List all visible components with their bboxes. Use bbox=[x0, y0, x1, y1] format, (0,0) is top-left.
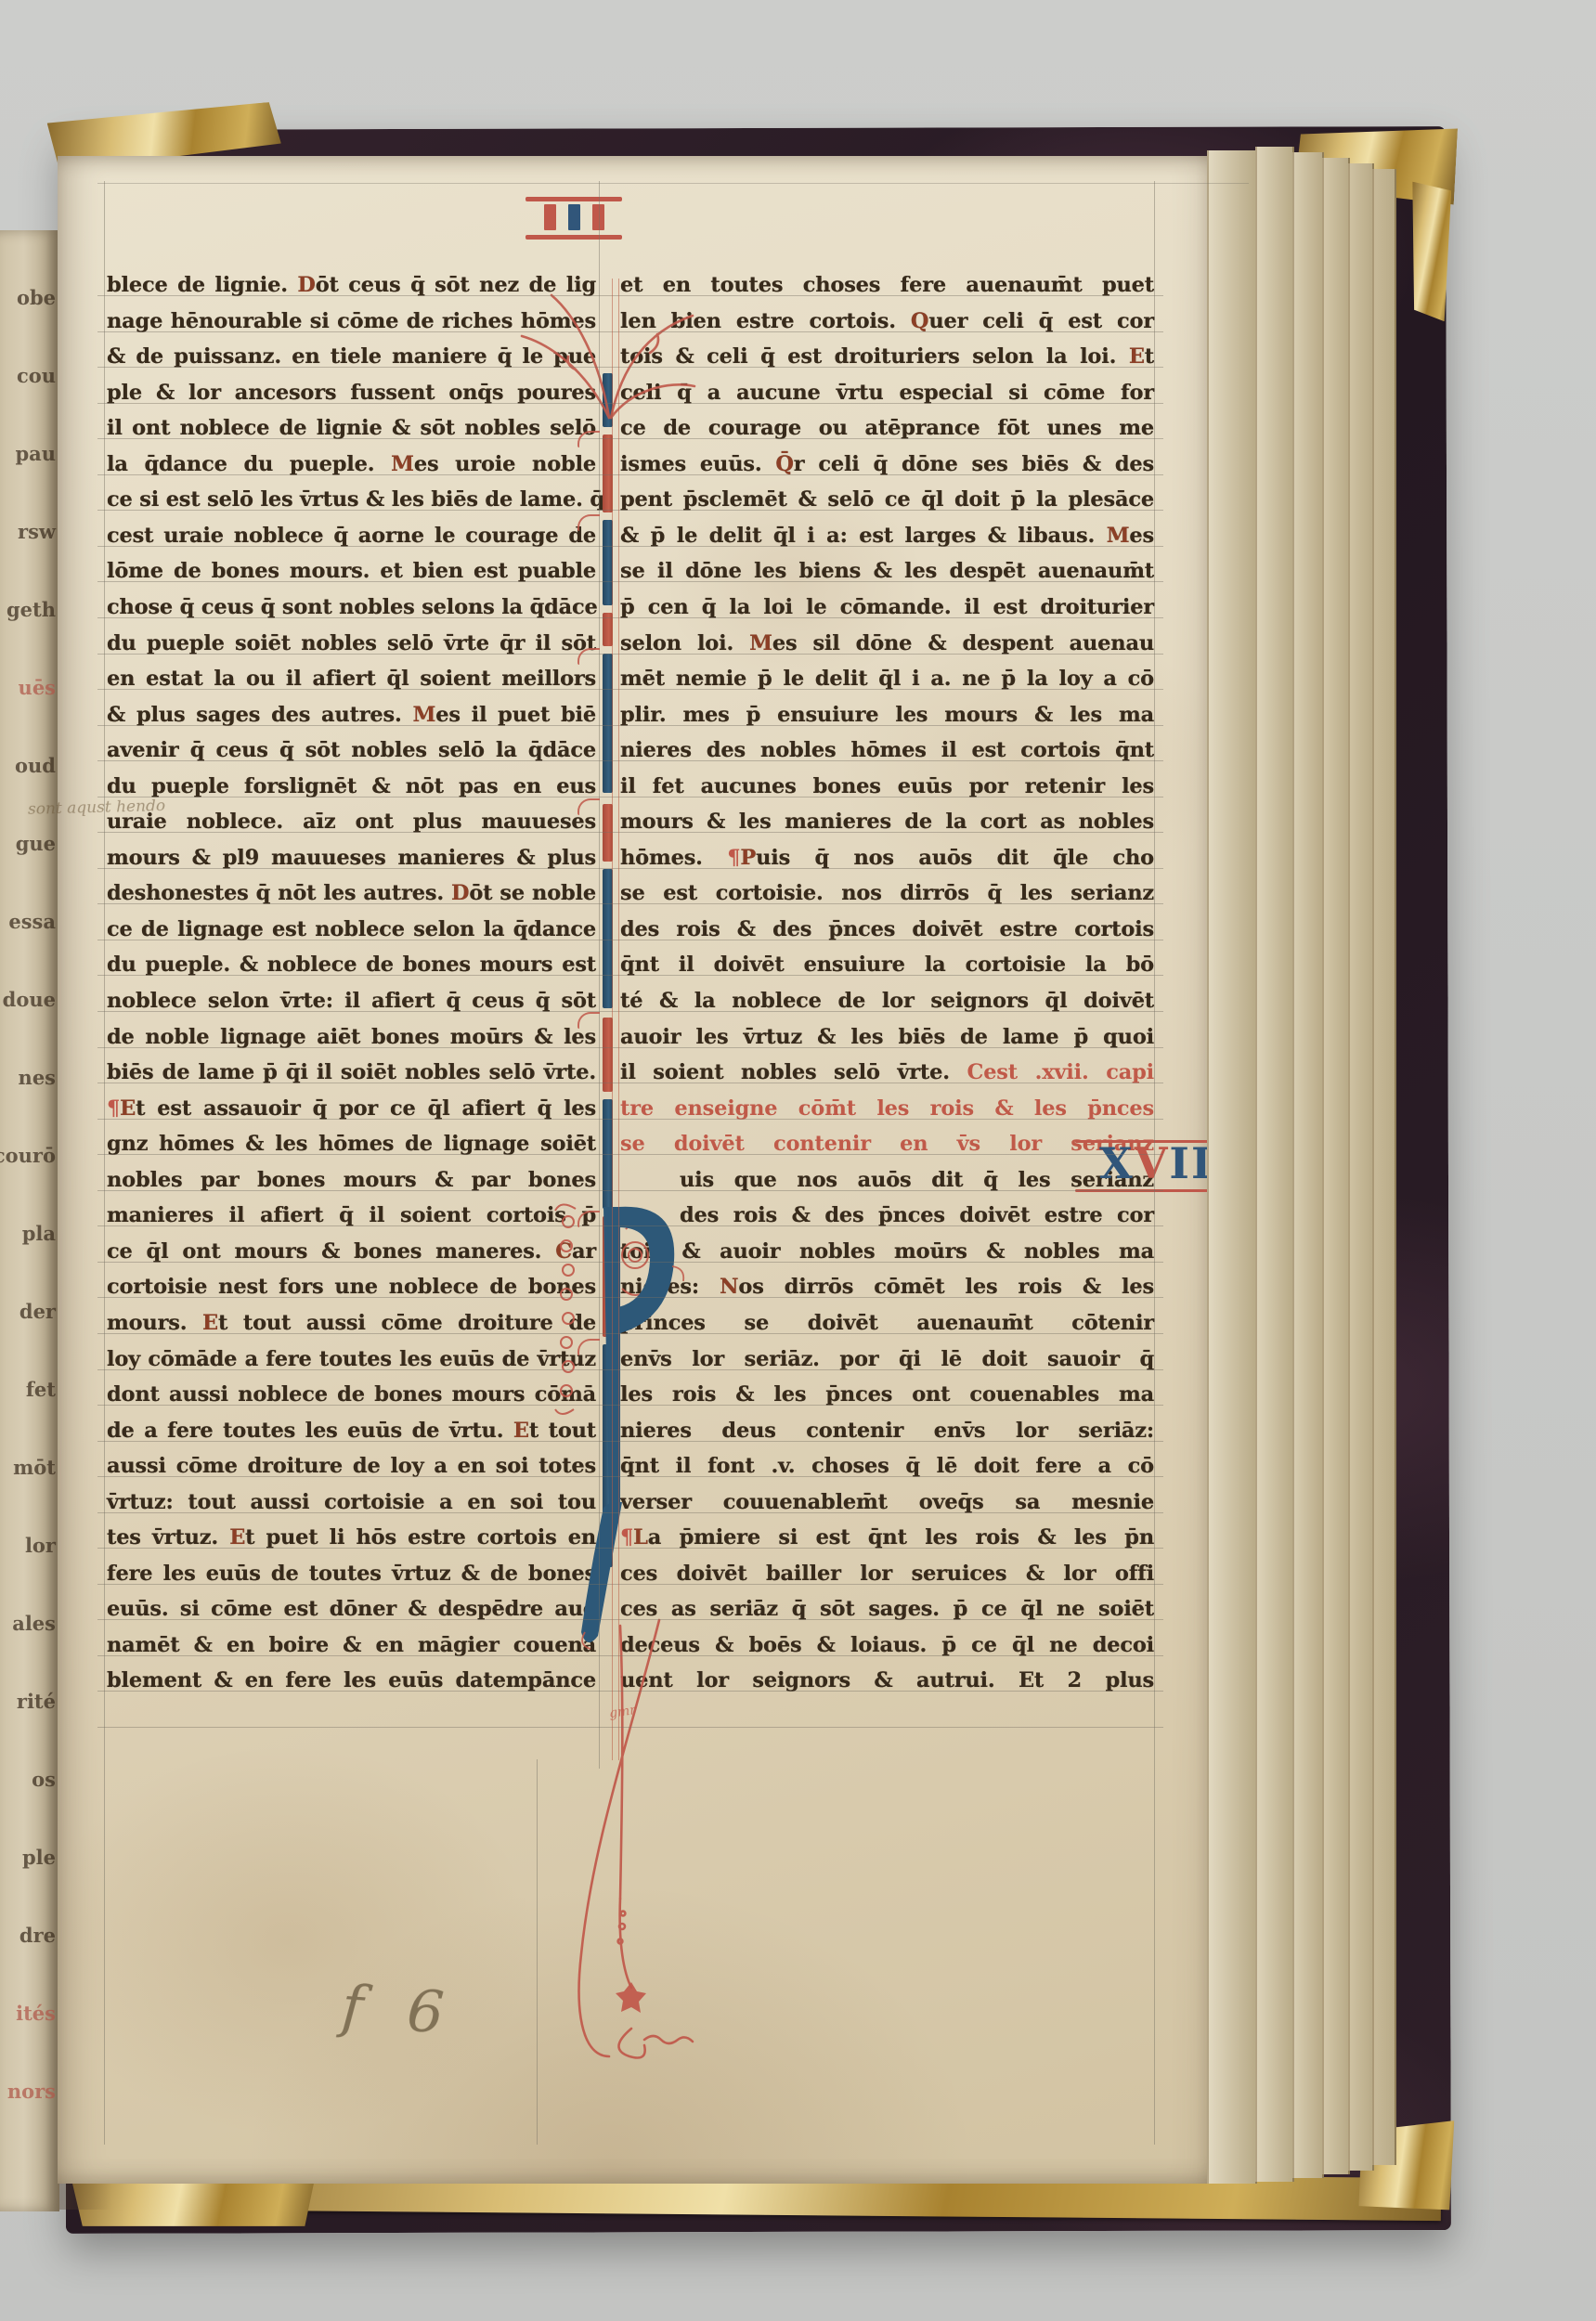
ruled-line-h bbox=[97, 1727, 1163, 1728]
text-line: uraie noblece. aīz ont plus mauueses bbox=[107, 810, 596, 834]
body-text: deshonestes q̄ nōt les autres. bbox=[107, 881, 451, 905]
body-text: du pueple. & noblece de bones mours est bbox=[107, 953, 596, 977]
ruled-line-h bbox=[97, 1297, 1163, 1298]
body-text: auoir les v̄rtuz & les biēs de lame p̄ q… bbox=[620, 1025, 1154, 1049]
decorated-initial-P bbox=[553, 1196, 680, 1660]
penwork-curl-icon bbox=[577, 1339, 600, 1355]
ruled-line-h bbox=[97, 1154, 1163, 1155]
touched-capital: E bbox=[202, 1311, 218, 1335]
body-text: ces doivēt bailler lor seruices & lor of… bbox=[620, 1562, 1154, 1586]
text-line: nieres: Nos dirrōs cōmēt les rois & les bbox=[620, 1275, 1154, 1299]
text-line: ces doivēt bailler lor seruices & lor of… bbox=[620, 1562, 1154, 1586]
ruled-line-h bbox=[97, 1119, 1163, 1120]
body-text: de a fere toutes les euūs de v̄rtu. bbox=[107, 1419, 513, 1443]
body-text: selon loi. bbox=[620, 631, 749, 655]
rubric-text: Cest .xvii. capi bbox=[967, 1060, 1154, 1084]
facing-page-text-fragment: courō bbox=[0, 1144, 56, 1167]
text-line: deshonestes q̄ nōt les autres. Dōt se no… bbox=[107, 881, 596, 905]
body-text: ce de lignage est noblece selon la q̄dan… bbox=[107, 917, 596, 941]
penwork-curl-icon bbox=[577, 1012, 600, 1029]
penwork-curl-icon bbox=[577, 798, 600, 815]
text-line: ¶Et est assauoir q̄ por ce q̄l afiert q̄… bbox=[107, 1096, 596, 1121]
leaf-edge-4 bbox=[1348, 163, 1374, 2171]
body-text: mēt nemie p̄ le delit q̄l i a. ne p̄ la … bbox=[620, 667, 1154, 691]
text-line: ces as seriāz q̄ sōt sages. p̄ ce q̄l ne… bbox=[620, 1597, 1154, 1621]
text-line: cest uraie noblece q̄ aorne le courage d… bbox=[107, 524, 596, 548]
ruled-line-h bbox=[97, 331, 1163, 332]
body-text: os dirrōs cōmēt les rois & les bbox=[738, 1275, 1154, 1299]
text-line: chose q̄ ceus q̄ sont nobles selons la q… bbox=[107, 595, 596, 619]
ruled-line-h bbox=[97, 474, 1163, 475]
head-chapter-numeral bbox=[531, 197, 620, 240]
ruled-line-h bbox=[97, 1262, 1163, 1263]
text-line: q̄nt il doivēt ensuiure la cortoisie la … bbox=[620, 953, 1154, 977]
text-line: aussi cōme droiture de loy a en soi tote… bbox=[107, 1454, 596, 1478]
ruled-line-h bbox=[97, 760, 1163, 761]
body-text: du pueple forslignēt & nōt pas en eus bbox=[107, 774, 596, 798]
body-text: des rois & des p̄nces doivēt estre cor bbox=[680, 1203, 1154, 1227]
ruled-line-h bbox=[97, 1441, 1163, 1442]
text-line: du pueple. & noblece de bones mours est bbox=[107, 953, 596, 977]
body-text: v̄rtuz: tout aussi cortoisie a en soi to… bbox=[107, 1490, 596, 1514]
body-text: des rois & des p̄nces doivēt estre corto… bbox=[620, 917, 1154, 941]
numeral-stroke bbox=[544, 204, 556, 230]
body-text: euūs. si cōme est dōner & despēdre aue bbox=[107, 1597, 596, 1621]
ruled-line-h bbox=[97, 903, 1163, 904]
text-line: nieres des nobles hōmes il est cortois q… bbox=[620, 738, 1154, 762]
facing-page-text-fragment: pau bbox=[15, 442, 56, 465]
ruled-line-h bbox=[97, 1369, 1163, 1370]
ruled-line-h bbox=[97, 689, 1163, 690]
text-line: de noble lignage aiēt bones moūrs & les bbox=[107, 1025, 596, 1049]
text-line: dont aussi noblece de bones mours cōmā bbox=[107, 1382, 596, 1407]
text-line: q̄nt il font .v. choses q̄ lē doit fere … bbox=[620, 1454, 1154, 1478]
body-text: mours & pl9 mauueses manieres & plus bbox=[107, 846, 596, 870]
body-text: de noble lignage aiēt bones moūrs & les bbox=[107, 1025, 596, 1049]
ruled-line-v bbox=[618, 279, 619, 1760]
text-line: mēt nemie p̄ le delit q̄l i a. ne p̄ la … bbox=[620, 667, 1154, 691]
body-text: du pueple soiēt nobles selō v̄rte q̄r il… bbox=[107, 631, 596, 655]
ruled-line-h bbox=[97, 725, 1163, 726]
body-text: t est assauoir q̄ por ce q̄l afiert q̄ l… bbox=[136, 1096, 596, 1121]
text-line: tois & auoir nobles moūrs & nobles ma bbox=[620, 1239, 1154, 1264]
ruled-line-h bbox=[97, 1333, 1163, 1334]
body-text: les rois & les p̄nces ont couenables ma bbox=[620, 1382, 1154, 1407]
text-line: ce si est selō les v̄rtus & les biēs de … bbox=[107, 487, 596, 512]
text-line: euūs. si cōme est dōner & despēdre aue bbox=[107, 1597, 596, 1621]
text-line: nieres deus contenir env̄s lor seriāz: bbox=[620, 1419, 1154, 1443]
touched-capital: Q̄ bbox=[775, 452, 793, 476]
ruled-line-h bbox=[97, 1011, 1163, 1012]
text-line: v̄rtuz: tout aussi cortoisie a en soi to… bbox=[107, 1490, 596, 1514]
body-text: et en toutes choses fere auenaum̄t puet bbox=[620, 273, 1154, 297]
text-line: mours. Et tout aussi cōme droiture de bbox=[107, 1311, 596, 1335]
touched-capital: E bbox=[513, 1419, 529, 1443]
penwork-curl-icon bbox=[577, 648, 600, 665]
body-text: r celi q̄ dōne ses biēs & des bbox=[794, 452, 1154, 476]
body-text: t tout aussi cōme droiture de bbox=[218, 1311, 596, 1335]
text-line: du pueple soiēt nobles selō v̄rte q̄r il… bbox=[107, 631, 596, 655]
text-line: en estat la ou il afiert q̄l soient meil… bbox=[107, 667, 596, 691]
margin-gloss-cursive: sont aqust hendo bbox=[28, 797, 166, 819]
body-text: es il puet biē bbox=[435, 703, 596, 727]
body-text: tois & celi q̄ est droituriers selon la … bbox=[620, 344, 1129, 369]
text-line: p̄ cen q̄ la loi le cōmande. il est droi… bbox=[620, 595, 1154, 619]
text-line: les rois & les p̄nces ont couenables ma bbox=[620, 1382, 1154, 1407]
ruled-line-h bbox=[97, 1476, 1163, 1477]
leaf-edge-0 bbox=[1207, 150, 1257, 2184]
body-text: q̄nt il font .v. choses q̄ lē doit fere … bbox=[620, 1454, 1154, 1478]
ruled-line-h bbox=[97, 403, 1163, 404]
facing-page-text-fragment: mōt bbox=[13, 1456, 56, 1479]
facing-page-text-fragment: rité bbox=[17, 1690, 56, 1713]
touched-capital: P bbox=[740, 846, 756, 870]
body-text: verser couuenablem̄t oveq̄s sa mesnie bbox=[620, 1490, 1154, 1514]
text-line: & p̄ le delit q̄l i a: est larges & liba… bbox=[620, 524, 1154, 548]
body-text: il fet aucunes bones euūs por retenir le… bbox=[620, 774, 1154, 798]
ruled-line-h bbox=[97, 1190, 1163, 1191]
text-line: des rois & des p̄nces doivēt estre corto… bbox=[620, 917, 1154, 941]
text-line: pent p̄sclemēt & selō ce q̄l doit p̄ la … bbox=[620, 487, 1154, 512]
body-text: la q̄dance du pueple. bbox=[107, 452, 391, 476]
gilt-corner-fold bbox=[1410, 182, 1452, 322]
body-text: se est cortoisie. nos dirrōs q̄ les seri… bbox=[620, 881, 1154, 905]
chapter-numeral-letter: V bbox=[1135, 1138, 1170, 1188]
ruled-line-v bbox=[537, 1759, 538, 2145]
text-line: gnz hōmes & les hōmes de lignage soiēt bbox=[107, 1132, 596, 1156]
ruled-line-h bbox=[97, 367, 1163, 368]
rubric-text: tre enseigne cōm̄t les rois & les p̄nces bbox=[620, 1096, 1154, 1121]
text-line: tois & celi q̄ est droituriers selon la … bbox=[620, 344, 1154, 369]
text-line: verser couuenablem̄t oveq̄s sa mesnie bbox=[620, 1490, 1154, 1514]
text-line: loy cōmāde a fere toutes les euūs de v̄r… bbox=[107, 1347, 596, 1371]
body-text: manieres il afiert q̄ il soient cortois … bbox=[107, 1203, 596, 1227]
facing-page-text-fragment: ités bbox=[16, 2002, 56, 2025]
ruled-line-h bbox=[97, 940, 1163, 940]
ruled-line-h bbox=[97, 797, 1163, 797]
text-line: auoir les v̄rtuz & les biēs de lame p̄ q… bbox=[620, 1025, 1154, 1049]
body-text: loy cōmāde a fere toutes les euūs de v̄r… bbox=[107, 1347, 596, 1371]
manuscript-photo: obecoupaurswgethuēsoudgueessadouenescour… bbox=[0, 0, 1596, 2321]
penwork-curl-icon bbox=[577, 514, 600, 531]
text-line: celi q̄ a aucune v̄rtu especial si cōme … bbox=[620, 381, 1154, 405]
ruled-line-h bbox=[97, 546, 1163, 547]
text-line: & plus sages des autres. Mes il puet biē bbox=[107, 703, 596, 727]
ruled-line-h bbox=[97, 1584, 1163, 1585]
touched-capital: Q bbox=[911, 309, 928, 333]
leaf-edge-3 bbox=[1322, 158, 1350, 2174]
body-text: ismes euūs. bbox=[620, 452, 775, 476]
text-line: env̄s lor seriāz. por q̄i lē doit sauoir… bbox=[620, 1347, 1154, 1371]
ruled-line-h bbox=[97, 617, 1163, 618]
facing-page-text-fragment: rsw bbox=[18, 520, 56, 543]
ruled-line-h bbox=[97, 1512, 1163, 1513]
penwork-curl-icon bbox=[577, 1211, 600, 1227]
facing-page-text-fragment: os bbox=[32, 1768, 56, 1791]
body-text: noblece selon v̄rte: il afiert q̄ ceus q… bbox=[107, 989, 596, 1013]
ruled-line-h bbox=[97, 438, 1163, 439]
ruled-line-h bbox=[97, 183, 1249, 184]
body-text: celi q̄ a aucune v̄rtu especial si cōme … bbox=[620, 381, 1154, 405]
text-line: tre enseigne cōm̄t les rois & les p̄nces bbox=[620, 1096, 1154, 1121]
ruled-line-h bbox=[97, 832, 1163, 833]
chapter-numeral-letter: X bbox=[1099, 1138, 1135, 1188]
touched-capital: E bbox=[229, 1525, 245, 1549]
text-line: tes v̄rtuz. Et puet li hōs estre cortois… bbox=[107, 1525, 596, 1549]
text-line: hōmes. ¶Puis q̄ nos auōs dit q̄le cho bbox=[620, 846, 1154, 870]
body-text: se il dōne les biens & les despēt auenau… bbox=[620, 559, 1154, 583]
text-line: la q̄dance du pueple. Mes uroie noble bbox=[107, 452, 596, 476]
body-text: tes v̄rtuz. bbox=[107, 1525, 229, 1549]
ruled-line-h bbox=[97, 1405, 1163, 1406]
body-text: princes se doivēt auenaum̄t cōtenir bbox=[620, 1311, 1154, 1335]
text-line: et en toutes choses fere auenaum̄t puet bbox=[620, 273, 1154, 297]
body-text: mours. bbox=[107, 1311, 202, 1335]
body-text: dont aussi noblece de bones mours cōmā bbox=[107, 1382, 596, 1407]
facing-page-text-fragment: pla bbox=[22, 1222, 56, 1245]
body-text: ōt se noble bbox=[469, 881, 596, 905]
text-line: ce de lignage est noblece selon la q̄dan… bbox=[107, 917, 596, 941]
body-text: mours & les manieres de la cort as noble… bbox=[620, 810, 1154, 834]
facing-page-text-fragment: cou bbox=[17, 364, 56, 387]
body-text: ces as seriāz q̄ sōt sages. p̄ ce q̄l ne… bbox=[620, 1597, 1154, 1621]
text-line: uis que nos auōs dit q̄ les serianz bbox=[620, 1168, 1154, 1192]
text-line: lōme de bones mours. et bien est puable bbox=[107, 559, 596, 583]
body-text: tois & auoir nobles moūrs & nobles ma bbox=[620, 1239, 1154, 1264]
text-line: selon loi. Mes sil dōne & despent auenau bbox=[620, 631, 1154, 655]
text-line: ce de courage ou atēprance fōt unes me bbox=[620, 416, 1154, 440]
body-text: nobles par bones mours & par bones bbox=[107, 1168, 596, 1192]
body-text: té & la noblece de lor seignors q̄l doiv… bbox=[620, 989, 1154, 1013]
text-line: du pueple forslignēt & nōt pas en eus bbox=[107, 774, 596, 798]
text-line: des rois & des p̄nces doivēt estre cor bbox=[620, 1203, 1154, 1227]
body-text: env̄s lor seriāz. por q̄i lē doit sauoir… bbox=[620, 1347, 1154, 1371]
facing-page-text-fragment: ple bbox=[22, 1846, 56, 1869]
body-text: q̄nt il doivēt ensuiure la cortoisie la … bbox=[620, 953, 1154, 977]
leaf-edge-2 bbox=[1292, 152, 1324, 2178]
ruled-line-h bbox=[97, 510, 1163, 511]
paraph-mark: ¶ bbox=[727, 846, 740, 870]
body-text: t puet li hōs estre cortois en bbox=[245, 1525, 596, 1549]
text-line: té & la noblece de lor seignors q̄l doiv… bbox=[620, 989, 1154, 1013]
leaf-edge-1 bbox=[1255, 147, 1294, 2182]
body-text: & plus sages des autres. bbox=[107, 703, 413, 727]
text-line: biēs de lame p̄ q̄i il soiēt nobles selō… bbox=[107, 1060, 596, 1084]
facing-page-text-fragment: dre bbox=[19, 1924, 56, 1947]
numeral-stroke bbox=[568, 204, 580, 230]
body-text: cortoisie nest fors une noblece de bones bbox=[107, 1275, 596, 1299]
ruled-line-h bbox=[97, 1225, 1163, 1226]
ruled-line-h bbox=[97, 654, 1163, 655]
touched-capital: D bbox=[451, 881, 469, 905]
body-text: gnz hōmes & les hōmes de lignage soiēt bbox=[107, 1132, 596, 1156]
facing-page-text-fragment: geth bbox=[6, 598, 56, 621]
leaf-edge-5 bbox=[1372, 169, 1396, 2165]
touched-capital: N bbox=[720, 1275, 738, 1299]
ruled-line-v bbox=[104, 181, 105, 2145]
text-line: manieres il afiert q̄ il soient cortois … bbox=[107, 1203, 596, 1227]
text-line: ¶La p̄miere si est q̄nt les rois & les p… bbox=[620, 1525, 1154, 1549]
body-text: chose q̄ ceus q̄ sont nobles selons la q… bbox=[107, 595, 598, 619]
ruled-line-v bbox=[1154, 181, 1155, 2145]
text-line: noblece selon v̄rte: il afiert q̄ ceus q… bbox=[107, 989, 596, 1013]
touched-capital: E bbox=[1129, 344, 1145, 369]
text-line: ce q̄l ont mours & bones maneres. Car bbox=[107, 1239, 596, 1264]
text-line: plir. mes p̄ ensuiure les mours & les ma bbox=[620, 703, 1154, 727]
text-line: de a fere toutes les euūs de v̄rtu. Et t… bbox=[107, 1419, 596, 1443]
body-text: cest uraie noblece q̄ aorne le courage d… bbox=[107, 524, 596, 548]
text-line: nobles par bones mours & par bones bbox=[107, 1168, 596, 1192]
facing-page-text-fragment: oud bbox=[15, 754, 56, 777]
text-line: fere les euūs de toutes v̄rtuz & de bone… bbox=[107, 1562, 596, 1586]
body-text: es bbox=[1129, 524, 1154, 548]
facing-page-text-fragment: ales bbox=[12, 1612, 56, 1635]
text-line: se est cortoisie. nos dirrōs q̄ les seri… bbox=[620, 881, 1154, 905]
text-line: se doivēt contenir en v̄s lor serianz bbox=[620, 1132, 1154, 1156]
body-text: nieres des nobles hōmes il est cortois q… bbox=[620, 738, 1154, 762]
text-line: princes se doivēt auenaum̄t cōtenir bbox=[620, 1311, 1154, 1335]
touched-capital: M bbox=[391, 452, 414, 476]
touched-capital: D bbox=[297, 273, 315, 297]
touched-capital: E bbox=[120, 1096, 136, 1121]
facing-page-text-fragment: uēs bbox=[19, 676, 56, 699]
body-text: uis q̄ nos auōs dit q̄le cho bbox=[756, 846, 1154, 870]
ruled-line-h bbox=[97, 1083, 1163, 1083]
text-line: il fet aucunes bones euūs por retenir le… bbox=[620, 774, 1154, 798]
facing-page-text-fragment: gue bbox=[16, 832, 56, 855]
ruled-line-h bbox=[97, 1691, 1163, 1692]
text-line: len bien estre cortois. Quer celi q̄ est… bbox=[620, 309, 1154, 333]
ruled-line-v bbox=[612, 279, 613, 1760]
touched-capital: M bbox=[1107, 524, 1130, 548]
body-text: aussi cōme droiture de loy a en soi tote… bbox=[107, 1454, 596, 1478]
body-text: hōmes. bbox=[620, 846, 727, 870]
paraph-mark: ¶ bbox=[107, 1096, 120, 1121]
facing-page-text-fragment: doue bbox=[3, 988, 56, 1011]
chapter-numeral-xvii: XVII bbox=[1099, 1138, 1213, 1192]
text-line: mours & les manieres de la cort as noble… bbox=[620, 810, 1154, 834]
body-text: ce de courage ou atēprance fōt unes me bbox=[620, 416, 1154, 440]
foot-inscription-f6: f 6 bbox=[340, 1972, 460, 2047]
body-text: p̄ cen q̄ la loi le cōmande. il est droi… bbox=[620, 595, 1154, 619]
text-line: il soient nobles selō v̄rte. Cest .xvii.… bbox=[620, 1060, 1154, 1084]
ruled-line-h bbox=[97, 1655, 1163, 1656]
ruled-line-h bbox=[97, 295, 1163, 296]
text-line: cortoisie nest fors une noblece de bones bbox=[107, 1275, 596, 1299]
body-text: plir. mes p̄ ensuiure les mours & les ma bbox=[620, 703, 1154, 727]
body-text: & p̄ le delit q̄l i a: est larges & liba… bbox=[620, 524, 1107, 548]
facing-page-text-fragment: der bbox=[19, 1300, 56, 1323]
body-text: fere les euūs de toutes v̄rtuz & de bone… bbox=[107, 1562, 596, 1586]
facing-page-edge: obecoupaurswgethuēsoudgueessadouenescour… bbox=[0, 230, 59, 2211]
facing-page-text-fragment: obe bbox=[17, 286, 56, 309]
facing-page-text-fragment: lor bbox=[25, 1534, 56, 1557]
text-line: ismes euūs. Q̄r celi q̄ dōne ses biēs & … bbox=[620, 452, 1154, 476]
ruled-line-h bbox=[97, 581, 1163, 582]
ruled-line-h bbox=[97, 868, 1163, 869]
text-line: mours & pl9 mauueses manieres & plus bbox=[107, 846, 596, 870]
body-text: t bbox=[1145, 344, 1154, 369]
facing-page-text-fragment: nors bbox=[7, 2080, 56, 2103]
body-text: il soient nobles selō v̄rte. bbox=[620, 1060, 967, 1084]
ruled-line-h bbox=[97, 1548, 1163, 1549]
facing-page-text-fragment: essa bbox=[8, 910, 56, 933]
text-line: avenir q̄ ceus q̄ sōt nobles selō la q̄d… bbox=[107, 738, 596, 762]
body-text: ce q̄l ont mours & bones maneres. bbox=[107, 1239, 555, 1264]
facing-page-text-fragment: nes bbox=[19, 1066, 56, 1089]
body-text: blece de lignie. bbox=[107, 273, 297, 297]
body-text: es uroie noble bbox=[414, 452, 596, 476]
body-text: avenir q̄ ceus q̄ sōt nobles selō la q̄d… bbox=[107, 738, 596, 762]
body-text: nieres deus contenir env̄s lor seriāz: bbox=[620, 1419, 1154, 1443]
rubric-text: se doivēt contenir en v̄s lor serianz bbox=[620, 1132, 1154, 1156]
penwork-curl-icon bbox=[577, 431, 600, 447]
text-line: se il dōne les biens & les despēt auenau… bbox=[620, 559, 1154, 583]
ruled-line-h bbox=[97, 975, 1163, 976]
body-text: ce si est selō les v̄rtus & les biēs de … bbox=[107, 487, 612, 512]
touched-capital: M bbox=[749, 631, 772, 655]
chapter-numeral-letter: I bbox=[1169, 1138, 1191, 1188]
body-text: uer celi q̄ est cor bbox=[928, 309, 1154, 333]
body-text: biēs de lame p̄ q̄i il soiēt nobles selō… bbox=[107, 1060, 596, 1084]
ruled-line-v bbox=[599, 181, 600, 1769]
body-text: es sil dōne & despent auenau bbox=[772, 631, 1154, 655]
touched-capital: M bbox=[413, 703, 436, 727]
body-text: lōme de bones mours. et bien est puable bbox=[107, 559, 596, 583]
pen-flourish-descender bbox=[520, 1620, 761, 2140]
body-text: a p̄miere si est q̄nt les rois & les p̄n bbox=[648, 1525, 1154, 1549]
facing-page-text-fragment: fet bbox=[26, 1378, 56, 1401]
ruled-line-h bbox=[97, 1047, 1163, 1048]
body-text: uraie noblece. aīz ont plus mauueses bbox=[107, 810, 596, 834]
body-text: en estat la ou il afiert q̄l soient meil… bbox=[107, 667, 596, 691]
body-text: pent p̄sclemēt & selō ce q̄l doit p̄ la … bbox=[620, 487, 1154, 512]
ruled-line-h bbox=[97, 1619, 1163, 1620]
